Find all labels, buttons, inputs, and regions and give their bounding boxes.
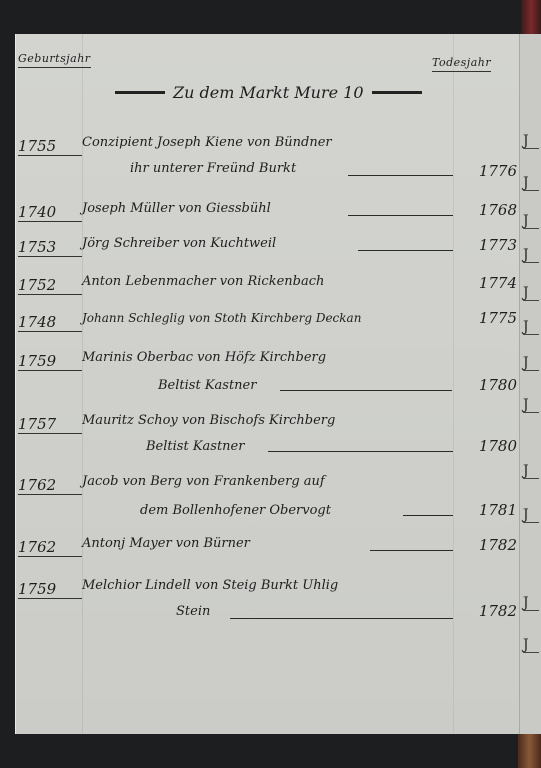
entry-line-1: Anton Lebenmacher von Rickenbach: [82, 274, 324, 289]
birth-year: 1757: [18, 415, 82, 434]
death-year: 1780: [455, 437, 517, 455]
death-year: 1775: [455, 309, 517, 327]
page-title-row: Zu dem Markt Mure 10: [115, 80, 425, 104]
facing-mark: J: [523, 176, 539, 191]
birth-year: 1759: [18, 580, 82, 599]
entry-line-1: Jörg Schreiber von Kuchtweil: [82, 236, 276, 251]
birth-year: 1752: [18, 276, 82, 295]
entry-line-1: Antonj Mayer von Bürner: [82, 536, 250, 551]
birth-year: 1762: [18, 538, 82, 557]
entry-line-2: dem Bollenhofener Obervogt: [140, 503, 331, 518]
fill-line: [280, 390, 452, 391]
entry-line-1: Mauritz Schoy von Bischofs Kirchberg: [82, 413, 335, 428]
facing-mark: J: [523, 508, 539, 523]
column-header-death-year: Todesjahr: [432, 56, 491, 72]
facing-mark: J: [523, 356, 539, 371]
binding-ribbon-bottom: [518, 734, 541, 768]
entry-line-1: Johann Schleglig von Stoth Kirchberg Dec…: [82, 311, 361, 325]
entry-line-2: Beltist Kastner: [158, 378, 256, 393]
death-year: 1781: [455, 501, 517, 519]
facing-mark: J: [523, 638, 539, 653]
facing-mark: J: [523, 596, 539, 611]
facing-page-edge: J J J J J J J J J J J J: [519, 34, 541, 734]
entry-line-2: ihr unterer Freünd Burkt: [130, 161, 296, 176]
facing-mark: J: [523, 398, 539, 413]
birth-year: 1759: [18, 352, 82, 371]
death-year: 1774: [455, 274, 517, 292]
entry-line-1: Joseph Müller von Giessbühl: [82, 201, 271, 216]
binding-ribbon-top: [521, 0, 541, 34]
facing-mark: J: [523, 286, 539, 301]
entry-line-1: Conzipient Joseph Kiene von Bündner: [82, 135, 332, 150]
page-title: Zu dem Markt Mure 10: [173, 83, 364, 102]
entry-line-1: Jacob von Berg von Frankenberg auf: [82, 474, 325, 489]
page-edge: [15, 34, 16, 734]
birth-year: 1753: [18, 238, 82, 257]
fill-line: [358, 250, 453, 251]
death-year: 1773: [455, 236, 517, 254]
fill-line: [268, 451, 453, 452]
title-flourish-left: [115, 91, 165, 94]
entry-line-1: Marinis Oberbac von Höfz Kirchberg: [82, 350, 326, 365]
fill-line: [348, 175, 453, 176]
birth-year: 1762: [18, 476, 82, 495]
fill-line: [230, 618, 453, 619]
birth-year: 1748: [18, 313, 82, 332]
fill-line: [370, 550, 453, 551]
entry-line-1: Melchior Lindell von Steig Burkt Uhlig: [82, 578, 338, 593]
facing-mark: J: [523, 320, 539, 335]
facing-mark: J: [523, 134, 539, 149]
fill-line: [403, 515, 453, 516]
death-year: 1768: [455, 201, 517, 219]
entry-line-2: Stein: [176, 604, 210, 619]
column-header-birth-year: Geburtsjahr: [18, 52, 91, 68]
birth-year: 1755: [18, 137, 82, 156]
birth-year: 1740: [18, 203, 82, 222]
title-flourish-right: [372, 91, 422, 94]
fill-line: [348, 215, 453, 216]
death-year: 1776: [455, 162, 517, 180]
entry-line-2: Beltist Kastner: [146, 439, 244, 454]
facing-mark: J: [523, 248, 539, 263]
facing-mark: J: [523, 464, 539, 479]
death-year: 1780: [455, 376, 517, 394]
death-year: 1782: [455, 602, 517, 620]
facing-mark: J: [523, 214, 539, 229]
death-year: 1782: [455, 536, 517, 554]
